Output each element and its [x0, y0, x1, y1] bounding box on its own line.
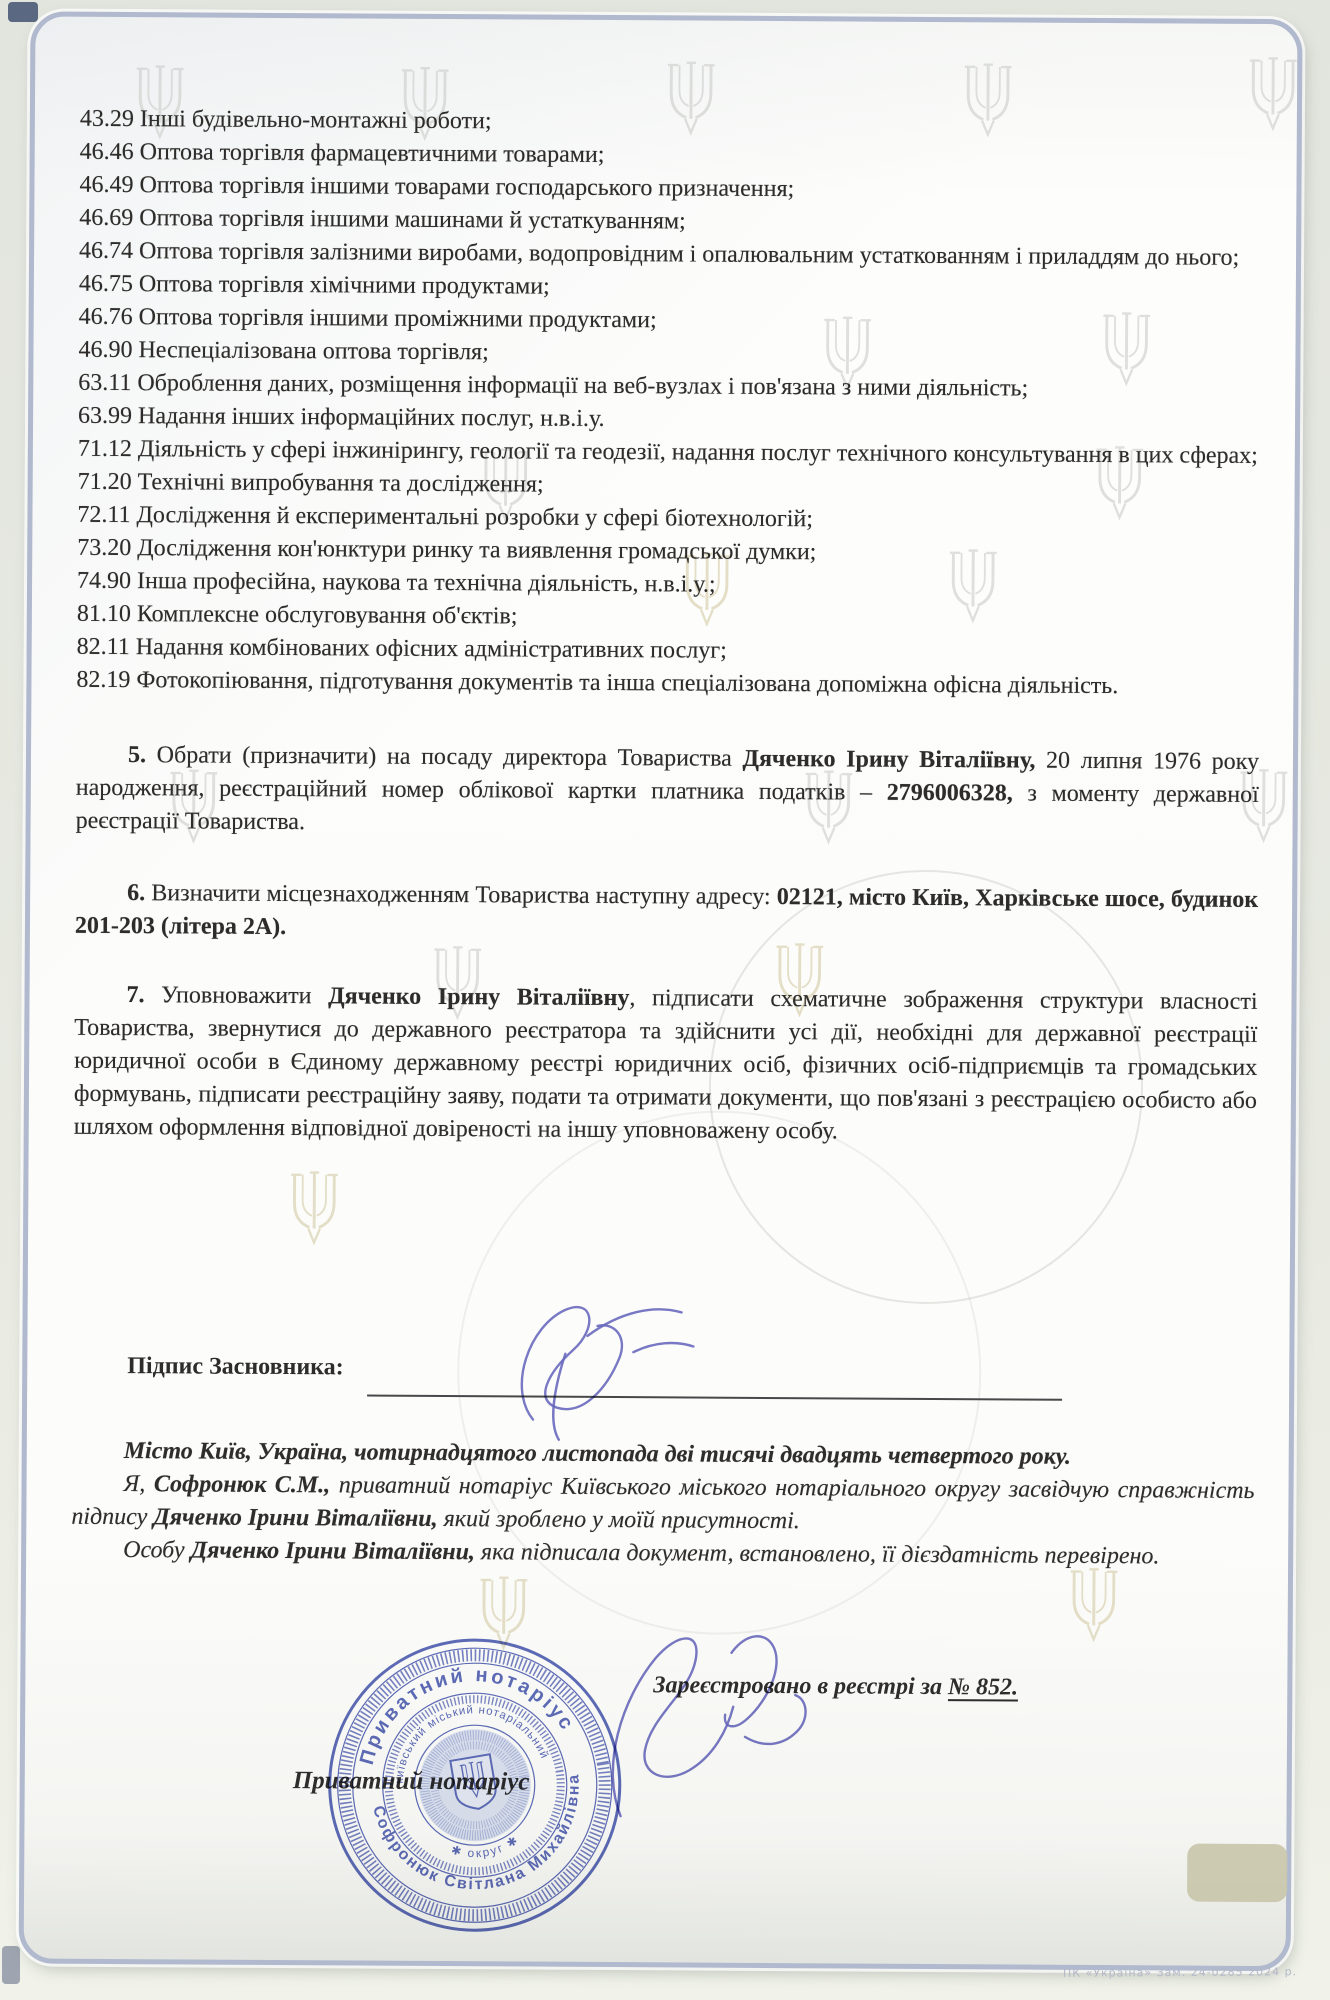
text-run: який зроблено у моїй присутності.	[438, 1506, 800, 1534]
text-run: Дяченко Ірину Віталіївну	[328, 983, 629, 1011]
text-run: 6.	[127, 880, 151, 906]
resolution-paragraph-7: 7. Уповноважити Дяченко Ірину Віталіївну…	[74, 979, 1258, 1151]
document-sheet: 43.29 Інші будівельно-монтажні роботи;46…	[19, 11, 1303, 1971]
notary-attestation-block: Місто Київ, Україна, чотирнадцятого лист…	[71, 1435, 1255, 1574]
blank-form-imprint: ПК «Україна» Зам. 24-0285 2024 р.	[1063, 1965, 1297, 1980]
resolution-paragraph-6: 6. Визначити місцезнаходженням Товариств…	[75, 877, 1258, 950]
notary-attestation-line: Я, Софронюк С.М., приватний нотаріус Киї…	[71, 1468, 1254, 1541]
scanned-document-photo: { "colors": { "stamp_blue": "#4c5cb4", "…	[0, 0, 1330, 2000]
resolution-paragraph-5: 5. Обрати (призначити) на посаду директо…	[76, 739, 1260, 845]
trident-watermark-icon	[291, 1172, 338, 1242]
founder-signature-label: Підпис Засновника:	[127, 1353, 344, 1381]
text-run: Дяченко Ірини Віталіївни,	[191, 1537, 475, 1565]
document-body-text: 43.29 Інші будівельно-монтажні роботи;46…	[74, 103, 1263, 1151]
notary-signature-ink	[584, 1616, 845, 1848]
photo-corner-artifact	[2, 1946, 20, 1984]
text-run: 5.	[128, 742, 157, 768]
notary-seal-stamp: Приватний нотаріус Софронюк Світлана Мих…	[324, 1634, 626, 1936]
corner-sticker	[1187, 1844, 1287, 1903]
activities-list: 43.29 Інші будівельно-монтажні роботи;46…	[76, 103, 1263, 704]
trident-watermark-icon	[1070, 1569, 1117, 1639]
activity-line: 82.19 Фотокопіювання, підготування докум…	[76, 664, 1259, 704]
text-run: яка підписала документ, встановлено, її …	[475, 1539, 1160, 1569]
text-run: Я,	[123, 1471, 154, 1497]
text-run: 7.	[126, 982, 161, 1008]
photo-corner-artifact	[8, 2, 38, 22]
text-run: Дяченко Ірини Віталіївни,	[153, 1504, 437, 1532]
founder-signature-ink	[437, 1291, 788, 1453]
text-run: Уповноважити	[161, 982, 328, 1009]
text-run: Визначити місцезнаходженням Товариства н…	[151, 880, 777, 910]
text-run: № 852.	[948, 1674, 1018, 1700]
text-run: 2796006328,	[887, 780, 1013, 807]
text-run: Дяченко Ірину Віталіївну,	[742, 746, 1035, 774]
text-run: Особу	[123, 1537, 191, 1563]
text-run: Софронюк С.М.,	[154, 1471, 330, 1498]
text-run: , підписати схематичне зображення структ…	[74, 985, 1258, 1144]
text-run: Обрати (призначити) на посаду директора …	[157, 742, 743, 772]
